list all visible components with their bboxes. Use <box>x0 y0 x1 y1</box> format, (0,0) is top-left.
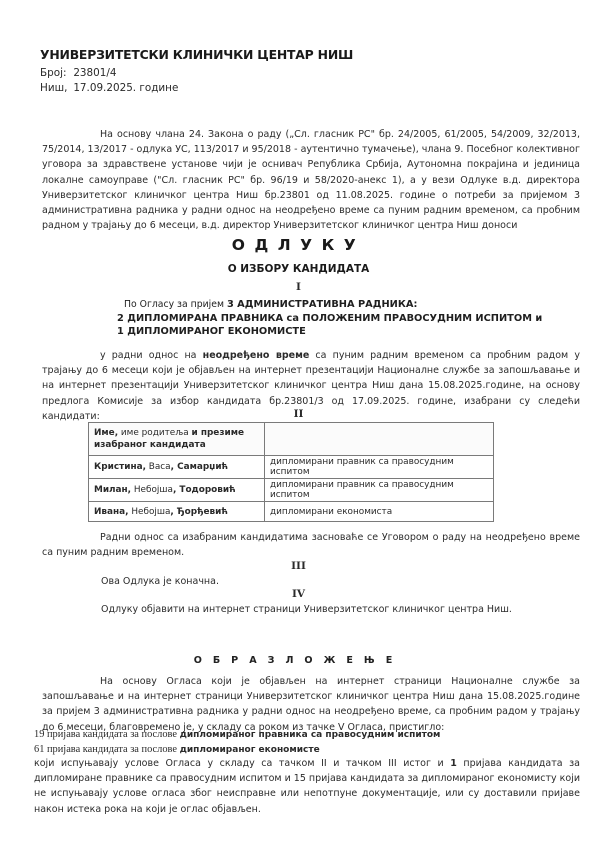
candidate-name: Милан, Небојша, Тодоровић <box>89 479 265 502</box>
posting-economist: 1 ДИПЛОМИРАНОГ ЕКОНОМИСТЕ <box>117 326 306 337</box>
reasoning-paragraph-1: На основу Огласа који је објављен на инт… <box>42 674 580 735</box>
header-candidate-name: Име, име родитеља и презиме изабраног ка… <box>89 423 265 456</box>
posting-line-1: По Огласу за пријем 3 АДМИНИСТРАТИВНА РА… <box>124 298 594 312</box>
header-parent-name: име родитеља <box>118 428 191 438</box>
candidate-name: Ивана, Небојша, Ђорђевић <box>89 502 265 522</box>
table-row: Ивана, Небојша, Ђорђевић дипломирани еко… <box>89 502 494 522</box>
posting-lawyers: 2 ДИПЛОМИРАНА ПРАВНИКА <box>117 313 287 324</box>
lawyer-label: пријава кандидата за послове <box>44 729 179 740</box>
institution-name: УНИВЕРЗИТЕТСКИ КЛИНИЧКИ ЦЕНТАР НИШ <box>40 47 353 62</box>
last-name: , Ђорђевић <box>170 507 227 517</box>
reasoning-title: ОБРАЗЛОЖЕЊЕ <box>0 655 597 666</box>
economist-applications: 61 пријава кандидата за послове дипломир… <box>34 743 580 758</box>
final-statement: Ова Одлука је коначна. <box>101 574 581 589</box>
section-iii-heading: III <box>0 560 597 572</box>
candidate-name: Кристина, Васа, Самарџић <box>89 456 265 479</box>
contract-paragraph: Радни однос са изабраним кандидатима зас… <box>42 530 580 560</box>
reasoning-text-1: На основу Огласа који је објављен на инт… <box>42 674 580 735</box>
reasoning-paragraph-2: који испуњавају услове Огласа у складу с… <box>34 756 580 817</box>
last-name: , Самарџић <box>171 462 228 472</box>
document-number: Број: 23801/4 <box>40 67 116 79</box>
number-label: Број: <box>40 67 70 79</box>
economist-count: 61 <box>34 744 44 755</box>
selected-candidates-table: Име, име родитеља и презиме изабраног ка… <box>88 422 494 522</box>
reasoning-text-2: који испуњавају услове Огласа у складу с… <box>34 756 580 817</box>
place-label: Ниш, <box>40 82 70 94</box>
header-position <box>265 423 494 456</box>
posting-prefix: По Огласу за пријем <box>124 299 227 310</box>
reasoning-text-2a: који испуњавају услове Огласа у складу с… <box>34 758 450 769</box>
posting-with: са <box>287 313 299 324</box>
decision-title: ОДЛУКУ <box>0 236 597 254</box>
posting-line-2: 2 ДИПЛОМИРАНА ПРАВНИКА са ПОЛОЖЕНИМ ПРАВ… <box>117 312 594 326</box>
table-row: Милан, Небојша, Тодоровић дипломирани пр… <box>89 479 494 502</box>
candidate-position: дипломирани економиста <box>265 502 494 522</box>
parent-name: Небојша <box>131 485 173 495</box>
lawyer-applications: 19 пријава кандидата за послове дипломир… <box>34 728 580 743</box>
section-iv-heading: IV <box>0 588 597 600</box>
candidate-position: дипломирани правник са правосудним испит… <box>265 456 494 479</box>
decision-subtitle: О ИЗБОРУ КАНДИДАТА <box>0 263 597 275</box>
employment-term: неодређено време <box>203 350 310 361</box>
economist-label: пријава кандидата за послове <box>44 744 179 755</box>
date-value: 17.09.2025. године <box>73 82 178 94</box>
lawyer-count: 19 <box>34 729 44 740</box>
posting-exam: ПОЛОЖЕНИМ ПРАВОСУДНИМ ИСПИТОМ и <box>299 313 542 324</box>
rejected-count: 1 <box>450 758 457 769</box>
first-name: Кристина, <box>94 462 146 472</box>
job-posting-summary: По Огласу за пријем 3 АДМИНИСТРАТИВНА РА… <box>124 298 594 339</box>
table-header-row: Име, име родитеља и презиме изабраног ка… <box>89 423 494 456</box>
posting-line-3: 1 ДИПЛОМИРАНОГ ЕКОНОМИСТЕ <box>117 325 594 339</box>
document-date: Ниш, 17.09.2025. године <box>40 82 178 94</box>
section-i-heading: I <box>0 281 597 293</box>
contract-text: Радни однос са изабраним кандидатима зас… <box>42 530 580 560</box>
publish-statement: Одлуку објавити на интернет страници Уни… <box>101 602 581 617</box>
employment-text-a: у радни однос на <box>100 350 203 361</box>
last-name: , Тодоровић <box>173 485 236 495</box>
preamble-text: На основу члана 24. Закона о раду („Сл. … <box>42 127 580 233</box>
first-name: Ивана, <box>94 507 129 517</box>
section-ii-heading: II <box>0 408 597 420</box>
table-row: Кристина, Васа, Самарџић дипломирани пра… <box>89 456 494 479</box>
parent-name: Небојша <box>129 507 171 517</box>
posting-total: 3 АДМИНИСТРАТИВНА РАДНИКА: <box>227 299 417 310</box>
number-value: 23801/4 <box>73 67 116 79</box>
applications-list: 19 пријава кандидата за послове дипломир… <box>34 728 580 757</box>
preamble: На основу члана 24. Закона о раду („Сл. … <box>42 127 580 233</box>
candidate-position: дипломирани правник са правосудним испит… <box>265 479 494 502</box>
lawyer-position: дипломираног правника са правосудним исп… <box>180 730 441 740</box>
parent-name: Васа <box>146 462 171 472</box>
first-name: Милан, <box>94 485 131 495</box>
header-first-name: Име, <box>94 428 118 438</box>
economist-position: дипломираног економисте <box>180 745 320 755</box>
